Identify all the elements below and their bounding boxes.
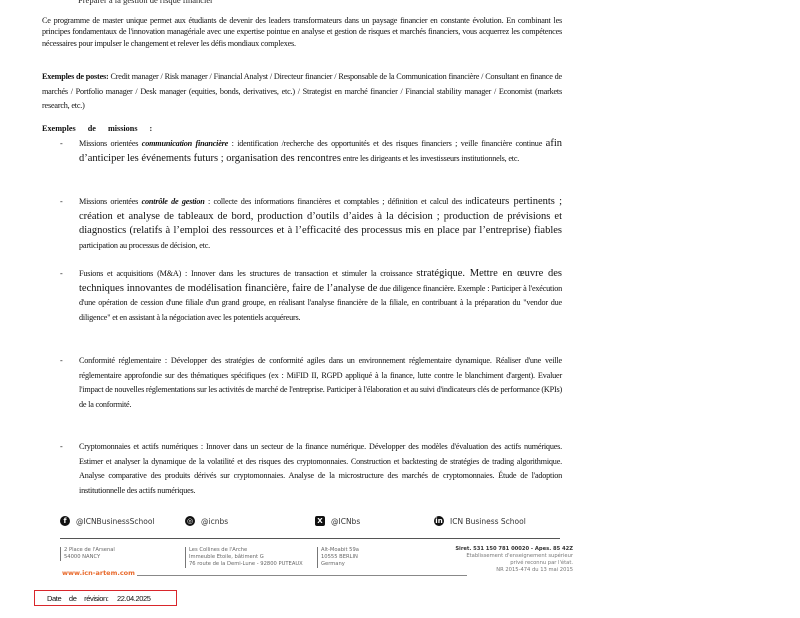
cut-off-line: Préparer à la gestion de risque financie… <box>78 0 213 5</box>
social-linkedin[interactable]: in ICN Business School <box>434 516 526 526</box>
address-nancy: 2 Place de l'Arsenal 54000 NANCY <box>60 547 115 561</box>
social-instagram[interactable]: ◎ @icnbs <box>185 516 228 526</box>
mission-item: - Cryptomonnaies et actifs numériques : … <box>60 440 562 498</box>
linkedin-icon: in <box>434 516 444 526</box>
social-handle: ICN Business School <box>450 517 526 526</box>
social-handle: @ICNBusinessSchool <box>76 517 155 526</box>
intro-paragraph: Ce programme de master unique permet aux… <box>42 15 562 49</box>
job-titles-text: Credit manager / Risk manager / Financia… <box>42 72 562 110</box>
social-handle: @icnbs <box>201 517 228 526</box>
mission-item: - Missions orientées contrôle de gestion… <box>60 195 562 253</box>
address-puteaux: Les Collines de l'Arche Immeuble Etoile,… <box>185 547 303 568</box>
revision-date-box: Date de révision: 22.04.2025 <box>34 590 177 606</box>
bullet-dash: - <box>60 267 63 282</box>
instagram-icon: ◎ <box>185 516 195 526</box>
bullet-dash: - <box>60 195 63 210</box>
job-titles-label: Exemples de postes: <box>42 72 109 81</box>
mission-emphasis: contrôle de gestion <box>142 197 205 206</box>
mission-item: - Fusions et acquisitions (M&A) : Innove… <box>60 267 562 325</box>
website-link[interactable]: www.icn-artem.com <box>62 569 135 577</box>
missions-heading: Exemples de missions : <box>42 124 152 133</box>
revision-value: 22.04.2025 <box>117 594 151 603</box>
website-underline <box>137 575 467 576</box>
facebook-icon: f <box>60 516 70 526</box>
address-berlin: Alt-Moabit 59a 10555 BERLIN Germany <box>317 547 359 568</box>
revision-label: Date de révision: <box>47 594 108 603</box>
x-icon: X <box>315 516 325 526</box>
social-facebook[interactable]: f @ICNBusinessSchool <box>60 516 155 526</box>
social-handle: @ICNbs <box>331 517 360 526</box>
social-x[interactable]: X @ICNbs <box>315 516 360 526</box>
footer-divider <box>60 538 560 539</box>
mission-item: - Conformité réglementaire : Développer … <box>60 354 562 412</box>
mission-item: - Missions orientées communication finan… <box>60 137 562 166</box>
bullet-dash: - <box>60 440 63 455</box>
bullet-dash: - <box>60 354 63 369</box>
legal-info: Siret. 531 150 781 00020 - Apes. 85 42Z … <box>455 546 573 574</box>
job-titles-paragraph: Exemples de postes: Credit manager / Ris… <box>42 70 562 114</box>
mission-emphasis: communication financière <box>142 139 228 148</box>
bullet-dash: - <box>60 137 63 152</box>
